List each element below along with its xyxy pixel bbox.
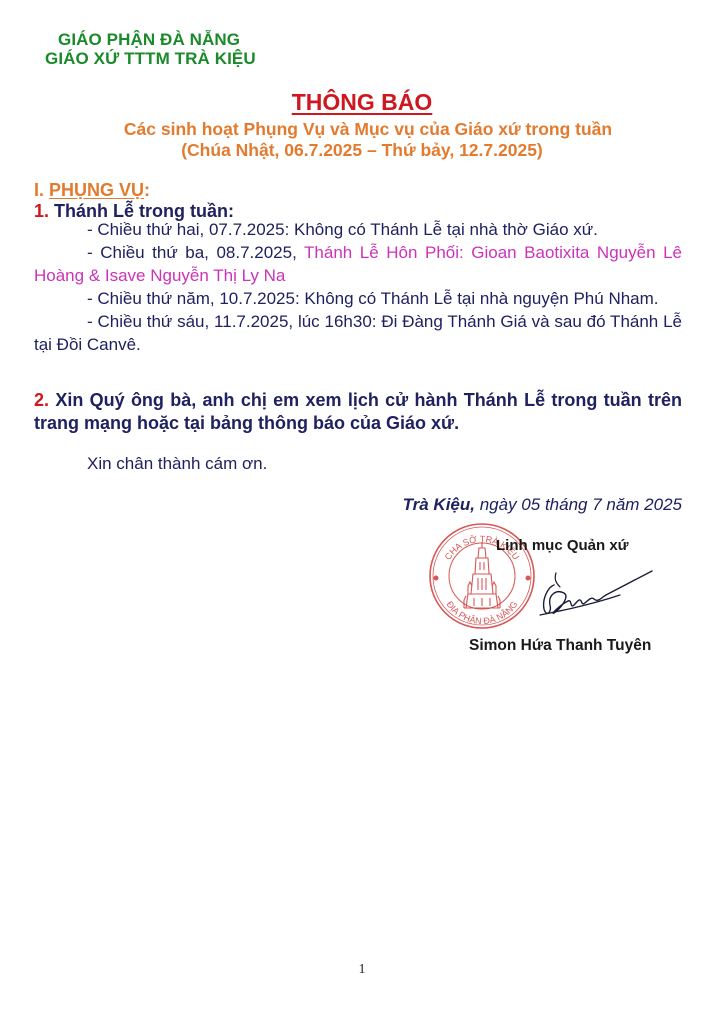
diocese-name: GIÁO PHẬN ĐÀ NẴNG <box>58 30 240 50</box>
section-label: PHỤNG VỤ <box>49 180 144 200</box>
closing-thanks: Xin chân thành cám ơn. <box>87 454 267 474</box>
schedule-entry: - Chiều thứ hai, 07.7.2025: Không có Thá… <box>34 218 682 241</box>
document-page: GIÁO PHẬN ĐÀ NẴNG GIÁO XỨ TTTM TRÀ KIỆU … <box>0 0 724 1024</box>
section-suffix: : <box>144 180 150 200</box>
item-2-number: 2. <box>34 390 49 410</box>
page-number: 1 <box>0 962 724 978</box>
dateline-date: ngày 05 tháng 7 năm 2025 <box>475 495 682 514</box>
notice-title-text: THÔNG BÁO <box>292 89 433 115</box>
dateline: Trà Kiệu, ngày 05 tháng 7 năm 2025 <box>403 495 682 515</box>
item-2-paragraph: 2. Xin Quý ông bà, anh chị em xem lịch c… <box>34 389 682 434</box>
parish-name: GIÁO XỨ TTTM TRÀ KIỆU <box>45 49 256 69</box>
signer-name: Simon Hứa Thanh Tuyên <box>469 637 651 655</box>
signer-role: Linh mục Quản xứ <box>496 537 629 554</box>
dateline-place: Trà Kiệu, <box>403 495 475 514</box>
section-prefix: I. <box>34 180 49 200</box>
mass-schedule-list: - Chiều thứ hai, 07.7.2025: Không có Thá… <box>34 218 682 356</box>
church-tower-icon <box>464 542 500 608</box>
schedule-entry: - Chiều thứ ba, 08.7.2025, Thánh Lễ Hôn … <box>34 241 682 287</box>
notice-subtitle: Các sinh hoạt Phụng Vụ và Mục vụ của Giá… <box>6 119 724 140</box>
schedule-entry: - Chiều thứ sáu, 11.7.2025, lúc 16h30: Đ… <box>34 310 682 356</box>
notice-title: THÔNG BÁO <box>0 89 724 116</box>
notice-date-range: (Chúa Nhật, 06.7.2025 – Thứ bảy, 12.7.20… <box>0 140 724 161</box>
handwritten-signature <box>520 565 660 625</box>
schedule-entry: - Chiều thứ năm, 10.7.2025: Không có Thá… <box>34 287 682 310</box>
item-2-text: Xin Quý ông bà, anh chị em xem lịch cử h… <box>34 390 682 433</box>
section-heading-liturgy: I. PHỤNG VỤ: <box>34 180 150 201</box>
